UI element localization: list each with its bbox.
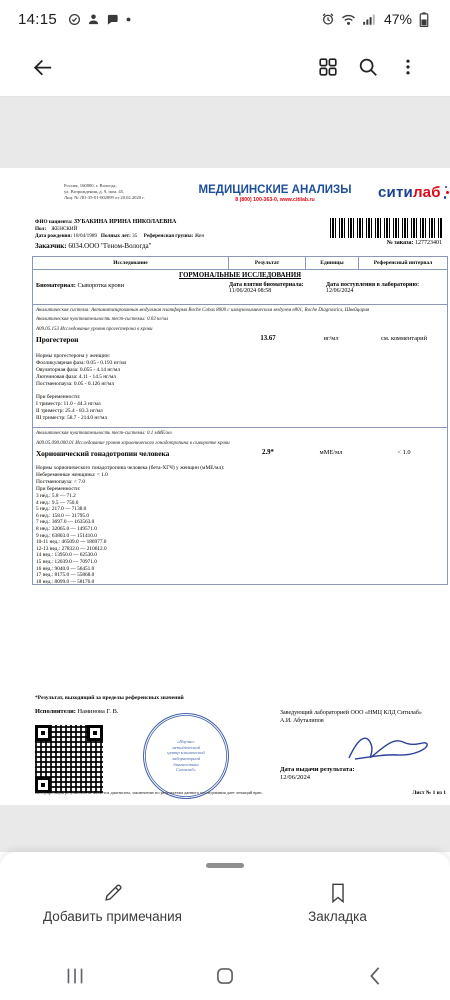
executor-line: Исполнители: Наминова Г. В.	[35, 708, 118, 715]
biomaterial-row: Биоматериал: Сыворотка крови Дата взятия…	[33, 280, 447, 305]
age-value: 35	[132, 233, 137, 239]
battery-percentage: 47%	[384, 11, 412, 27]
patient-dob-line: Дата рождения: 18/04/1989 Полных лет: 35…	[35, 233, 295, 240]
received-cell: Дата поступления в лабораторию: 12/06/20…	[316, 282, 447, 301]
logo-dots-icon	[443, 186, 450, 200]
hcg-week-line: 4 нед.: 9.5 — 750.0	[36, 500, 447, 507]
progesterone-units: нг/мл	[299, 335, 363, 342]
alarm-icon	[321, 12, 335, 26]
hcg-norms-title: Нормы хорионического гонадотропина челов…	[33, 465, 447, 472]
executor-label: Исполнители:	[35, 708, 76, 715]
fio-label: ФИО пациента:	[35, 219, 73, 225]
person-notification-icon	[87, 13, 100, 26]
app-toolbar	[0, 38, 450, 97]
hcg-week-line: 8 нед.: 32065.0 — 149571.0	[36, 526, 447, 533]
table-header-row: Исследование Результат Единицы Референсн…	[33, 257, 447, 270]
stamp-text: «Научно-методическийцентр клиническойлаб…	[157, 739, 215, 773]
prog-norm-line: Фолликулярная фаза: 0.05 - 0.193 нг/мл	[36, 360, 447, 367]
battery-icon	[419, 12, 429, 27]
bookmark-icon	[328, 882, 348, 904]
prog-pregnancy-list: I триместр: 11.0 - 44.3 нг/млII триместр…	[33, 401, 447, 422]
out-of-range-footnote: *Результат, выходящий за пределы референ…	[35, 695, 184, 701]
fio-value: ЗУБАКИНА ИРИНА НИКОЛАЕВНА	[74, 219, 176, 225]
wifi-icon	[341, 13, 356, 26]
hcg-reference: < 1.0	[363, 449, 445, 456]
patient-info: ФИО пациента: ЗУБАКИНА ИРИНА НИКОЛАЕВНА …	[35, 219, 295, 250]
letterhead: МЕДИЦИНСКИЕ АНАЛИЗЫ 8 (800) 100-363-0, w…	[190, 184, 360, 203]
signature	[345, 728, 430, 771]
page-grid-view-button[interactable]	[308, 47, 348, 87]
lab-head-name: А.И. Абуталипов	[280, 718, 324, 724]
prog-code-note: А09.05.153 Исследование уровня прогестер…	[33, 327, 447, 333]
hcg-week-line: 18 нед.: 8099.0 — 58176.0	[36, 579, 447, 586]
lab-head-block: Заведующий лабораторией ООО «НМЦ КЛД Сит…	[280, 710, 446, 725]
hcg-week-line: 6 нед.: 158.0 — 31795.0	[36, 513, 447, 520]
order-number-line: № заказа: 127723401	[330, 240, 442, 246]
hcg-week-line: 12-13 нед.: 27832.0 — 210612.0	[36, 546, 447, 553]
qr-code	[35, 725, 103, 793]
chat-notification-icon	[106, 13, 119, 26]
hcg-week-line: 14 нед.: 13950.0 — 62530.0	[36, 552, 447, 559]
stamp-text-line: Ситилаб»	[157, 767, 215, 773]
dob-label: Дата рождения:	[35, 233, 72, 239]
hcg-name: Хорионический гонадотропин человека	[36, 449, 169, 458]
hcg-norm-line: Небеременные женщины: < 1.0	[36, 472, 447, 479]
hcg-week-line: 5 нед.: 217.0 — 7138.0	[36, 506, 447, 513]
bookmark-button[interactable]: Закладка	[225, 878, 450, 924]
hcg-sensitivity-note: Аналитическая чувствительность тест-сист…	[33, 431, 447, 437]
bookmark-label: Закладка	[308, 909, 367, 924]
hcg-week-line: 3 нед.: 5.8 — 71.2	[36, 493, 447, 500]
dot-notification-icon	[125, 16, 132, 23]
prog-sensitivity-note: Аналитическая чувствительность тест-сист…	[33, 317, 447, 323]
customer-line: Заказчик: 6034.ООО "Геном-Вологда"	[35, 243, 295, 250]
citilab-logo: ситилаб	[378, 184, 450, 201]
nav-back-button[interactable]	[300, 966, 450, 986]
col-header-result: Результат	[229, 257, 306, 269]
section-title: ГОРМОНАЛЬНЫЕ ИССЛЕДОВАНИЯ	[33, 270, 447, 280]
col-header-reference: Референсный интервал	[359, 257, 447, 269]
results-table: Исследование Результат Единицы Референсн…	[32, 256, 448, 585]
pencil-icon	[102, 882, 124, 904]
sheet-actions: Добавить примечания Закладка	[0, 878, 450, 924]
ref-group-value: Жен	[195, 233, 204, 239]
signal-bars-icon	[362, 13, 376, 26]
overflow-menu-button[interactable]	[388, 47, 428, 87]
hcg-week-line: 10-11 нед.: 46509.0 — 186977.0	[36, 539, 447, 546]
progesterone-result-row: Прогестерон 13.67 нг/мл см. комментарий	[33, 335, 447, 347]
clock-time: 14:15	[18, 11, 57, 28]
prog-norm-line: Постменопауза: 0.05 - 0.126 нг/мл	[36, 381, 447, 388]
prog-pregnancy-line: III триместр: 58.7 - 214.0 нг/мл	[36, 415, 447, 422]
collection-cell: Дата взятия биоматериала: 11/06/2024 08:…	[229, 282, 316, 301]
lab-address: Россия, 160000, г. Вологда,ул. Возрожден…	[64, 183, 194, 202]
status-bar: 14:15 47%	[0, 0, 450, 38]
customer-value: 6034.ООО "Геном-Вологда"	[68, 242, 151, 250]
schedule-check-icon	[68, 13, 81, 26]
hcg-norm-line: Постменопауза: < 7.0	[36, 479, 447, 486]
biomaterial-value: Сыворотка крови	[77, 282, 124, 289]
hcg-norms-list: Небеременные женщины: < 1.0Постменопауза…	[33, 472, 447, 486]
col-header-units: Единицы	[306, 257, 359, 269]
progesterone-reference: см. комментарий	[363, 335, 445, 342]
back-button[interactable]	[22, 47, 62, 87]
hcg-pregnancy-title: При беременности:	[33, 486, 447, 493]
screen: 14:15 47%	[0, 0, 450, 1000]
logo-part-red: лаб	[413, 184, 441, 201]
sex-value: ЖЕНСКИЙ	[51, 226, 77, 232]
sheet-drag-handle[interactable]	[206, 863, 244, 868]
hcg-week-line: 16 нед.: 9040.0 — 56451.0	[36, 566, 447, 573]
hcg-result-row: Хорионический гонадотропин человека 2.9*…	[33, 449, 447, 461]
nav-home-button[interactable]	[150, 966, 300, 986]
hcg-weeks-list: 3 нед.: 5.8 — 71.24 нед.: 9.5 — 750.05 н…	[33, 493, 447, 585]
col-header-study: Исследование	[33, 257, 229, 269]
sex-label: Пол:	[35, 226, 46, 232]
age-label: Полных лет:	[101, 233, 131, 239]
hcg-week-line: 15 нед.: 12039.0 — 70971.0	[36, 559, 447, 566]
customer-label: Заказчик:	[35, 242, 67, 250]
order-value: 127723401	[415, 240, 442, 246]
biomaterial-label: Биоматериал:	[36, 282, 76, 289]
prog-norms-title: Нормы прогестерона у женщин:	[33, 353, 447, 360]
issue-date-value: 12/06/2024	[280, 774, 310, 781]
prog-norm-line: Лютеиновая фаза: 4.11 - 14.5 нг/мл	[36, 374, 447, 381]
hcg-week-line: 9 нед.: 63803.0 — 151410.0	[36, 533, 447, 540]
lab-head-title: Заведующий лабораторией ООО «НМЦ КЛД Сит…	[280, 710, 422, 716]
prog-norm-line: Овуляторная фаза: 0.055 - 4.14 нг/мл	[36, 367, 447, 374]
letterhead-contacts: 8 (800) 100-363-0, www.citilab.ru	[190, 197, 360, 203]
progesterone-name: Прогестерон	[36, 335, 78, 344]
hcg-week-line: 17 нед.: 8175.0 — 55868.0	[36, 572, 447, 579]
biomaterial-cell: Биоматериал: Сыворотка крови	[33, 282, 229, 301]
sheet-number: Лист № 1 из 1	[380, 790, 446, 796]
order-barcode	[330, 218, 442, 238]
document-viewer[interactable]: Россия, 160000, г. Вологда,ул. Возрожден…	[0, 97, 450, 852]
logo-part-blue: сити	[378, 184, 413, 201]
hcg-week-line: 7 нед.: 3697.0 — 163563.0	[36, 519, 447, 526]
executor-value: Наминова Г. В.	[78, 708, 119, 715]
dob-value: 18/04/1989	[73, 233, 97, 239]
add-note-button[interactable]: Добавить примечания	[0, 878, 225, 924]
received-value: 12/06/2024	[326, 288, 447, 294]
hcg-result: 2.9*	[229, 449, 307, 456]
prog-pregnancy-line: II триместр: 25.4 - 83.3 нг/мл	[36, 408, 447, 415]
prog-pregnancy-title: При беременности:	[33, 394, 447, 401]
collection-value: 11/06/2024 08:58	[229, 288, 316, 294]
lab-address-line: Лиц. № ЛО-35-01-002899 от 20.02.2020 г.	[64, 195, 194, 201]
document-page: Россия, 160000, г. Вологда,ул. Возрожден…	[0, 168, 450, 805]
progesterone-result: 13.67	[229, 335, 307, 342]
issue-date-block: Дата выдачи результата: 12/06/2024	[280, 766, 355, 782]
nav-recents-button[interactable]	[0, 967, 150, 985]
lab-stamp: «Научно-методическийцентр клиническойлаб…	[143, 713, 229, 799]
letterhead-title: МЕДИЦИНСКИЕ АНАЛИЗЫ	[190, 184, 360, 196]
prog-norms-list: Фолликулярная фаза: 0.05 - 0.193 нг/млОв…	[33, 360, 447, 388]
issue-date-label: Дата выдачи результата:	[280, 766, 355, 773]
ref-group-label: Референсная группа:	[144, 233, 194, 239]
disclaimer-text: Интерпретация результатов не является ди…	[35, 790, 365, 795]
android-nav-bar	[0, 952, 450, 1000]
order-label: № заказа:	[387, 240, 414, 246]
hcg-code-note: А09.05.090.000.01 Исследование уровня хо…	[33, 441, 447, 447]
prog-pregnancy-line: I триместр: 11.0 - 44.3 нг/мл	[36, 401, 447, 408]
search-button[interactable]	[348, 47, 388, 87]
hcg-units: мМЕ/мл	[299, 449, 363, 456]
add-note-label: Добавить примечания	[43, 909, 182, 924]
bottom-sheet: Добавить примечания Закладка	[0, 852, 450, 1000]
prog-system-note: Аналитическая система: Автоматизированна…	[33, 308, 447, 314]
